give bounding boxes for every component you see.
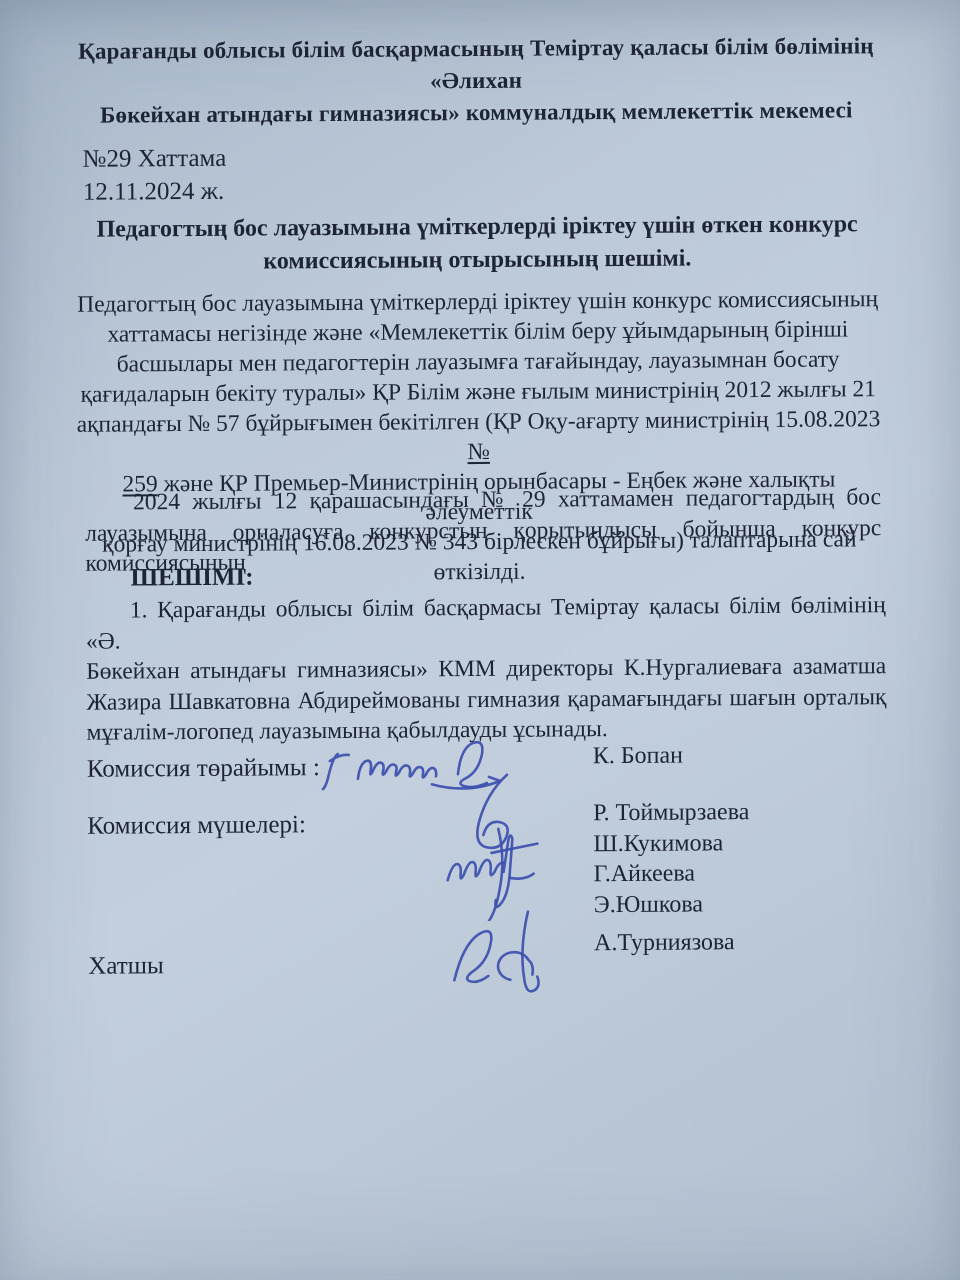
org-header-line-1: Қарағанды облысы білім басқармасының Тем… xyxy=(71,30,881,100)
secretary-label: Хатшы xyxy=(88,952,164,981)
secretary-signature xyxy=(442,899,578,1010)
resolution-line-3: Жазира Шавкатовна Абдиреймованы гимназия… xyxy=(86,682,886,718)
resolution-intro-line-1: 2024 жылғы 12 қарашасындағы № 29 хаттама… xyxy=(85,482,881,518)
document-title: Педагогтың бос лауазымына үміткерлерді і… xyxy=(72,208,882,280)
member-name: Ш.Кукимова xyxy=(593,828,749,860)
secretary-name: А.Турниязова xyxy=(594,929,735,957)
org-header: Қарағанды облысы білім басқармасының Тем… xyxy=(71,30,882,132)
intro-line-5-text: ақпандағы № 57 бұйрығымен бекітілген (ҚР… xyxy=(77,406,881,438)
decision-heading: ШЕШІМІ: xyxy=(130,564,253,593)
resolution-intro-line-2: лауазымына орналасуға конкурстың қорытын… xyxy=(85,513,881,549)
intro-line-5-underlined: № xyxy=(467,439,490,465)
member-name: Э.Юшкова xyxy=(594,889,750,921)
member-name: Р. Тоймырзаева xyxy=(593,797,749,829)
protocol-date: 12.11.2024 ж. xyxy=(83,175,227,209)
org-header-line-2: Бөкейхан атындағы гимназиясы» коммуналды… xyxy=(71,94,881,132)
resolution-line-1: 1. Қарағанды облысы білім басқармасы Тем… xyxy=(86,590,886,657)
resolution-paragraph: 1. Қарағанды облысы білім басқармасы Тем… xyxy=(86,590,887,748)
member-name: Г.Айкеева xyxy=(594,858,750,890)
resolution-line-2: Бөкейхан атындағы гимназиясы» КММ директ… xyxy=(86,651,886,687)
protocol-block: №29 Хаттама 12.11.2024 ж. xyxy=(83,142,227,209)
members-label: Комиссия мүшелері: xyxy=(87,811,306,841)
member-names: Р. Тоймырзаева Ш.Кукимова Г.Айкеева Э.Юш… xyxy=(593,797,750,920)
chair-name: К. Бопан xyxy=(593,743,683,771)
document-content: Қарағанды облысы білім басқармасының Тем… xyxy=(0,0,960,1280)
intro-line-5: ақпандағы № 57 бұйрығымен бекітілген (ҚР… xyxy=(68,404,888,470)
document-title-line-2: комиссиясының отырысының шешімі. xyxy=(72,241,882,280)
chair-label: Комиссия төрайымы : xyxy=(87,754,320,784)
document-title-line-1: Педагогтың бос лауазымына үміткерлерді і… xyxy=(72,208,882,247)
document-page: Қарағанды облысы білім басқармасының Тем… xyxy=(0,0,960,1280)
protocol-number: №29 Хаттама xyxy=(83,142,227,176)
